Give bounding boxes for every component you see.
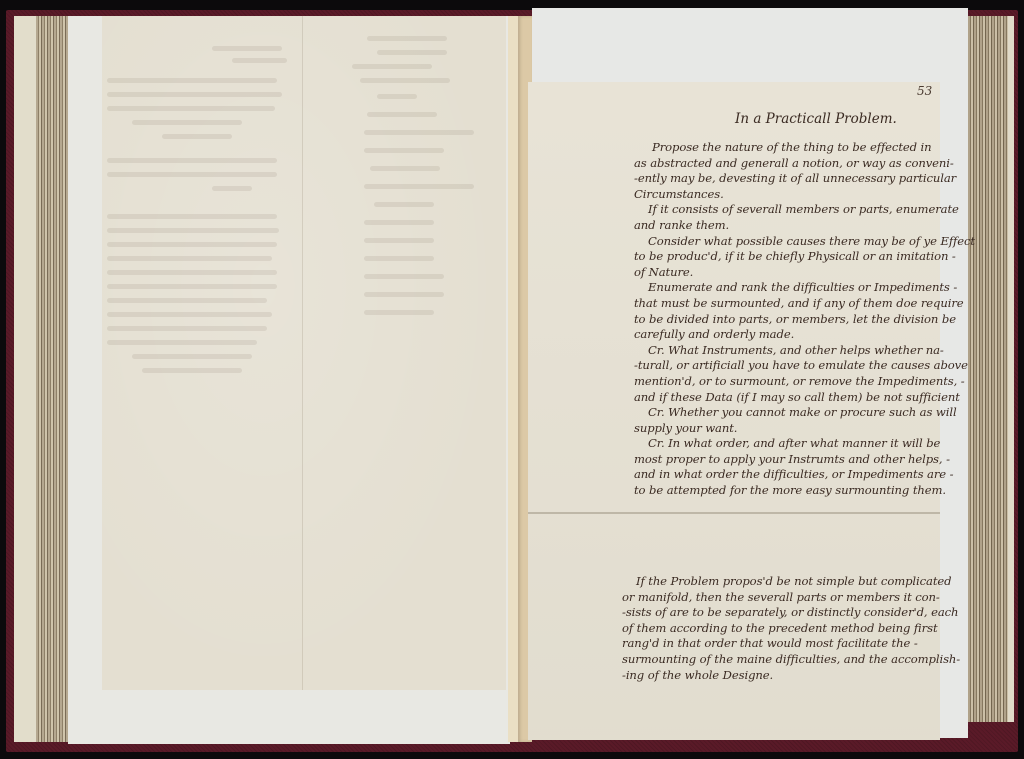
text-line: Consider what possible causes there may … (634, 234, 975, 250)
text-line: of them according to the precedent metho… (622, 621, 960, 637)
left-page (102, 16, 506, 690)
text-line: -ing of the whole Designe. (622, 668, 960, 684)
upper-text-block: Propose the nature of the thing to be ef… (634, 140, 975, 499)
left-page-fold (302, 16, 303, 690)
left-page-edges (36, 16, 68, 742)
gutter-left (508, 16, 518, 742)
left-endpaper (14, 16, 36, 742)
text-line: mention'd, or to surmount, or remove the… (634, 374, 975, 390)
text-line: that must be surmounted, and if any of t… (634, 296, 975, 312)
folio-number: 53 (917, 84, 932, 98)
text-line: If it consists of severall members or pa… (634, 202, 975, 218)
text-line: and if these Data (if I may so call them… (634, 390, 975, 406)
text-line: Cr. What Instruments, and other helps wh… (634, 343, 975, 359)
text-line: surmounting of the maine difficulties, a… (622, 652, 960, 668)
text-line: supply your want. (634, 421, 975, 437)
text-line: and in what order the difficulties, or I… (634, 467, 975, 483)
text-line: and ranke them. (634, 218, 975, 234)
right-endpaper (1008, 16, 1014, 722)
text-line: -turall, or artificiall you have to emul… (634, 358, 975, 374)
text-line: Cr. Whether you cannot make or procure s… (634, 405, 975, 421)
text-line: Enumerate and rank the difficulties or I… (634, 280, 975, 296)
text-line: carefully and orderly made. (634, 327, 975, 343)
right-page-fold (528, 512, 940, 514)
text-line: Cr. In what order, and after what manner… (634, 436, 975, 452)
text-line: most proper to apply your Instrumts and … (634, 452, 975, 468)
lower-text-block: If the Problem propos'd be not simple bu… (622, 574, 960, 683)
text-line: Circumstances. (634, 187, 975, 203)
text-line: or manifold, then the severall parts or … (622, 590, 960, 606)
text-line: If the Problem propos'd be not simple bu… (622, 574, 960, 590)
text-line: as abstracted and generall a notion, or … (634, 156, 975, 172)
text-line: Propose the nature of the thing to be ef… (634, 140, 975, 156)
text-line: of Nature. (634, 265, 975, 281)
text-line: to be produc'd, if it be chiefly Physica… (634, 249, 975, 265)
text-line: -sists of are to be separately, or disti… (622, 605, 960, 621)
text-line: to be attempted for the more easy surmou… (634, 483, 975, 499)
text-line: to be divided into parts, or members, le… (634, 312, 975, 328)
text-line: rang'd in that order that would most fac… (622, 636, 960, 652)
page-heading: In a Practicall Problem. (735, 111, 897, 127)
text-line: -ently may be, devesting it of all unnec… (634, 171, 975, 187)
